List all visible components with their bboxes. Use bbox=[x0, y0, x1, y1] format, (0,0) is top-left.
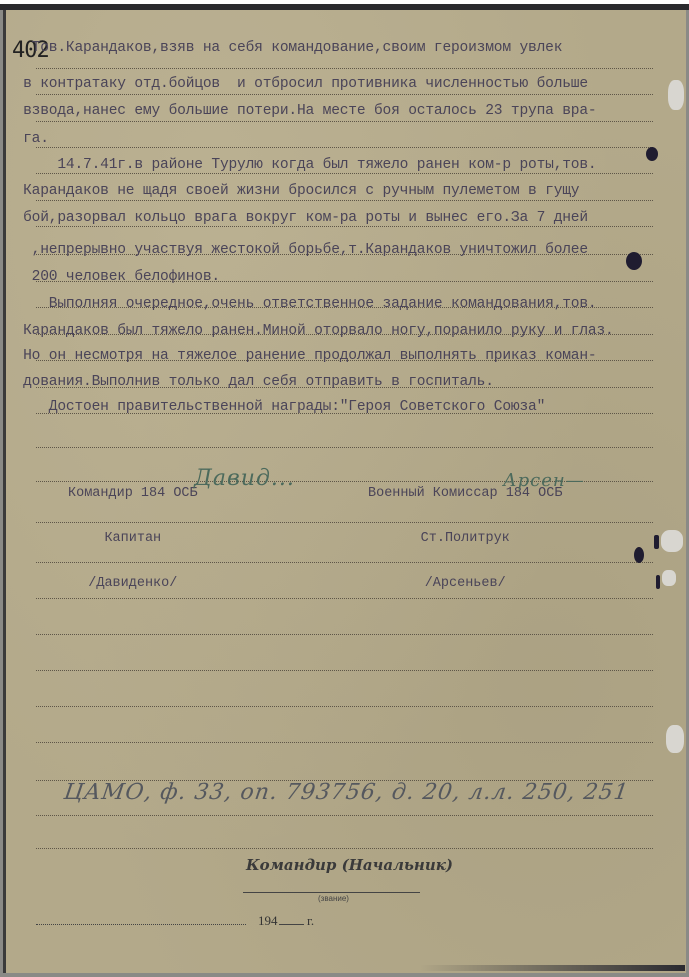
rank-line bbox=[243, 892, 420, 893]
citation-line: дования.Выполнив только дал себя отправи… bbox=[6, 374, 494, 390]
paper-tear bbox=[666, 725, 684, 753]
citation-line: взвода,нанес ему большие потери.На месте… bbox=[6, 103, 596, 119]
citation-line: Выполняя очередное,очень ответственное з… bbox=[6, 296, 596, 312]
document-page: 402 Тов.Карандаков,взяв на себя командов… bbox=[3, 10, 686, 973]
ink-blot bbox=[656, 575, 660, 589]
form-title: Командир (Начальник) bbox=[246, 856, 453, 874]
punch-hole bbox=[661, 530, 683, 552]
citation-line: Но он несмотря на тяжелое ранение продол… bbox=[6, 348, 596, 364]
commissar-name: /Арсеньев/ bbox=[368, 576, 562, 591]
commander-signature-block: Командир 184 ОСБ Капитан /Давиденко/ bbox=[68, 456, 198, 621]
paper-tear bbox=[668, 80, 684, 110]
commissar-rank: Ст.Политрук bbox=[368, 531, 562, 546]
citation-line: бой,разорвал кольцо врага вокруг ком-ра … bbox=[6, 210, 588, 226]
ink-blot bbox=[634, 547, 644, 563]
ink-blot bbox=[646, 147, 658, 161]
date-year-line bbox=[279, 924, 304, 925]
ink-blot bbox=[626, 252, 642, 270]
ruled-line bbox=[36, 173, 653, 174]
commander-name: /Давиденко/ bbox=[68, 576, 198, 591]
ruled-line bbox=[36, 706, 653, 707]
archive-reference: ЦАМО, ф. 33, оп. 793756, д. 20, л.л. 250… bbox=[62, 780, 630, 805]
page-bottom-shadow bbox=[420, 965, 685, 971]
ruled-line bbox=[36, 121, 653, 122]
rank-caption: (звание) bbox=[318, 894, 349, 903]
ruled-line bbox=[36, 68, 653, 69]
commander-signature: Давид... bbox=[194, 466, 295, 491]
citation-line: Карандаков был тяжело ранен.Миной оторва… bbox=[6, 323, 614, 339]
ruled-line bbox=[36, 447, 653, 448]
commissar-signature: Арсен— bbox=[503, 470, 585, 491]
ruled-line bbox=[36, 670, 653, 671]
citation-line: 200 человек белофинов. bbox=[6, 269, 220, 285]
citation-line: Карандаков не щадя своей жизни бросился … bbox=[6, 183, 579, 199]
ruled-line bbox=[36, 94, 653, 95]
ruled-line bbox=[36, 226, 653, 227]
citation-line: Достоен правительственной награды:"Героя… bbox=[6, 399, 545, 415]
citation-line: га. bbox=[6, 131, 49, 147]
ruled-line bbox=[36, 848, 653, 849]
ruled-line bbox=[36, 815, 653, 816]
commander-title: Командир 184 ОСБ bbox=[68, 486, 198, 501]
citation-line: Тов.Карандаков,взяв на себя командование… bbox=[6, 40, 562, 56]
punch-hole bbox=[662, 570, 676, 586]
commander-rank: Капитан bbox=[68, 531, 198, 546]
date-year-prefix: 194 bbox=[258, 913, 278, 929]
ruled-line bbox=[36, 200, 653, 201]
date-suffix: г. bbox=[307, 913, 314, 929]
ruled-line bbox=[36, 634, 653, 635]
ink-blot bbox=[654, 535, 659, 549]
ruled-line bbox=[36, 742, 653, 743]
date-day-month-line bbox=[36, 924, 246, 925]
citation-line: 14.7.41г.в районе Турулю когда был тяжел… bbox=[6, 157, 596, 173]
citation-line: в контратаку отд.бойцов и отбросил проти… bbox=[6, 76, 588, 92]
citation-line: ,непрерывно участвуя жестокой борьбе,т.К… bbox=[6, 242, 588, 258]
ruled-line bbox=[36, 147, 653, 148]
